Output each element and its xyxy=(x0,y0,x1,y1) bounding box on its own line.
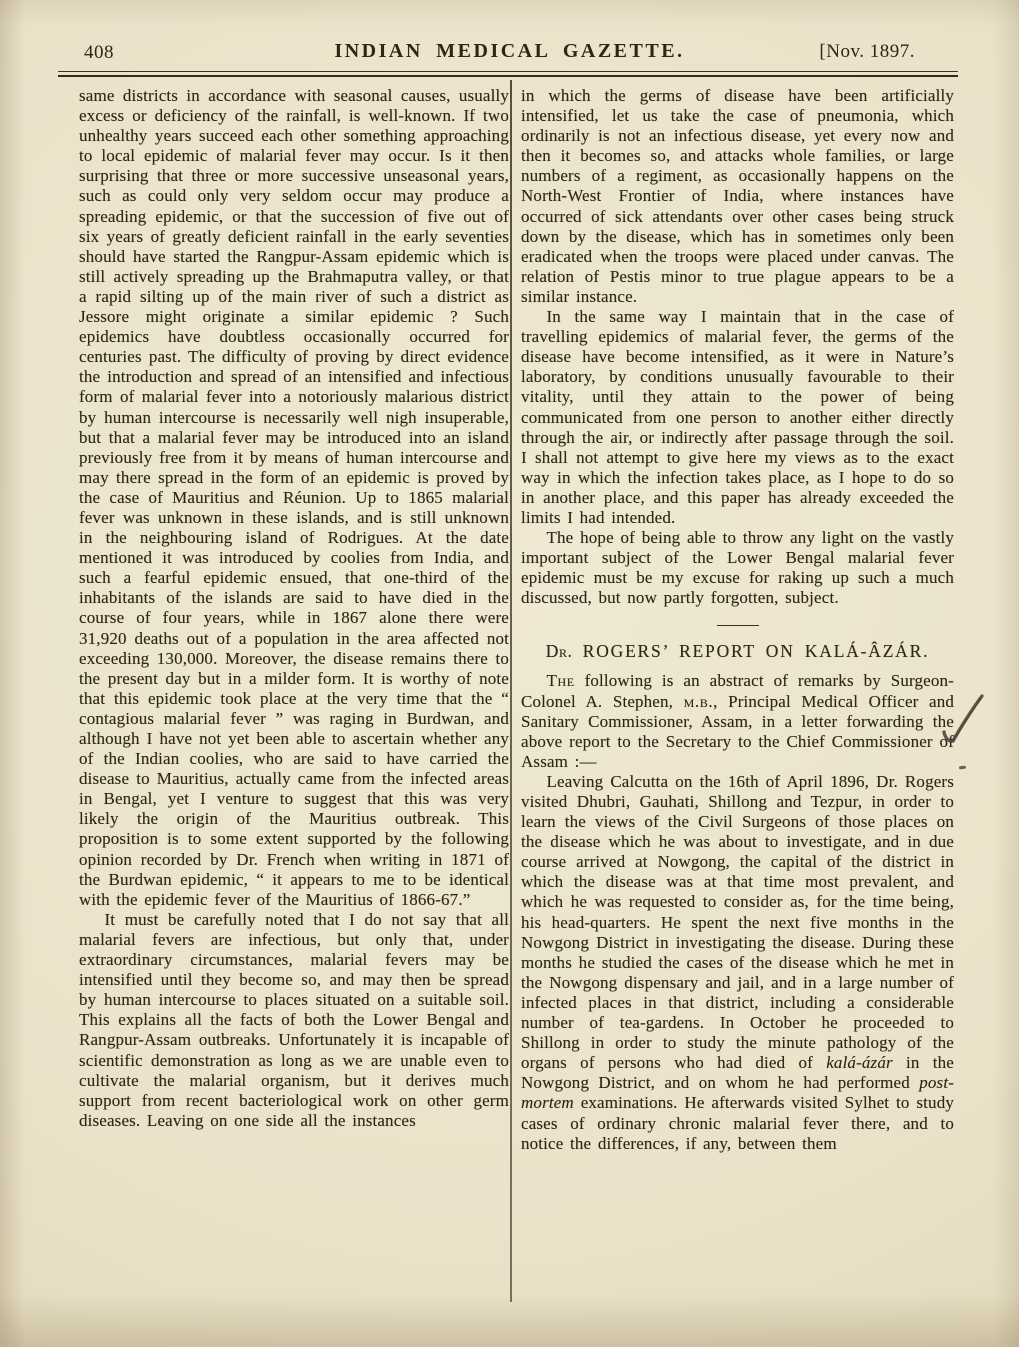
left-column: same districts in accordance with season… xyxy=(79,86,509,1338)
section-separator-rule xyxy=(717,625,759,626)
text-run: It must be carefully noted that I do not… xyxy=(79,910,509,1130)
text-run: m.b. xyxy=(684,692,714,711)
paragraph: in which the germs of disease have been … xyxy=(521,86,954,307)
paragraph: The following is an abstract of remarks … xyxy=(521,671,954,771)
paragraph: Leaving Calcutta on the 16th of April 18… xyxy=(521,772,954,1154)
issue-date: [Nov. 1897. xyxy=(819,41,915,63)
text-run: ROGERS’ REPORT ON KALÁ-ÂZÁR. xyxy=(573,641,930,661)
text-run: kalá-ázár xyxy=(826,1053,893,1072)
scanned-page: 408 INDIAN MEDICAL GAZETTE. [Nov. 1897. … xyxy=(0,0,1019,1347)
right-column: in which the germs of disease have been … xyxy=(521,86,954,1338)
text-run: in which the germs of disease have been … xyxy=(521,86,954,306)
text-run: The xyxy=(547,671,575,690)
text-run: same districts in accordance with season… xyxy=(79,86,509,909)
text-run: The hope of being able to throw any ligh… xyxy=(521,528,954,607)
article-heading: Dr. ROGERS’ REPORT ON KALÁ-ÂZÁR. xyxy=(521,641,954,662)
text-run: Dr. xyxy=(546,641,573,661)
text-run: In the same way I maintain that in the c… xyxy=(521,307,954,527)
paragraph: In the same way I maintain that in the c… xyxy=(521,307,954,528)
checkmark-icon xyxy=(930,686,994,770)
paragraph: The hope of being able to throw any ligh… xyxy=(521,528,954,608)
text-run: Leaving Calcutta on the 16th of April 18… xyxy=(521,772,954,1072)
paragraph: It must be carefully noted that I do not… xyxy=(79,910,509,1131)
paragraph: same districts in accordance with season… xyxy=(79,86,509,910)
page-header: 408 INDIAN MEDICAL GAZETTE. [Nov. 1897. xyxy=(62,40,957,68)
header-rule xyxy=(58,71,958,77)
text-run: examinations. He afterwards visited Sylh… xyxy=(521,1093,954,1152)
column-divider-rule xyxy=(510,80,512,1302)
